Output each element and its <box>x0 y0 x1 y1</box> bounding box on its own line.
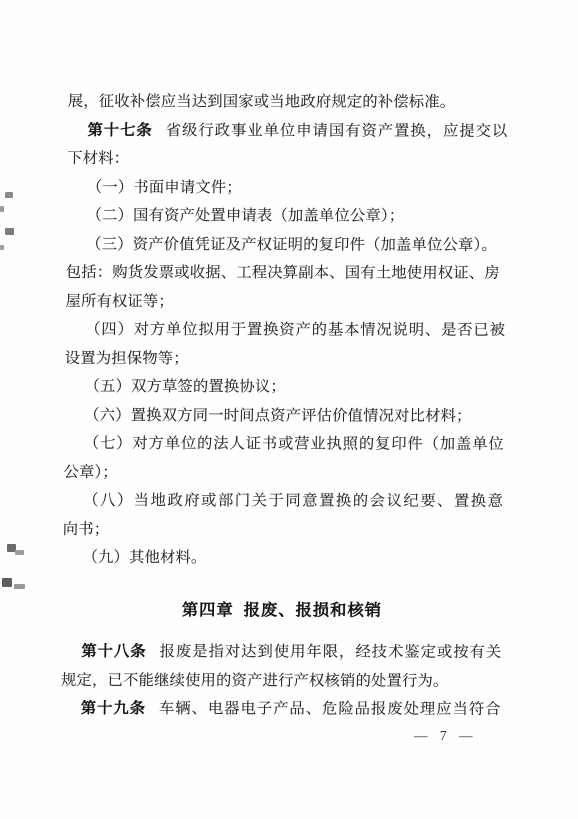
chapter-heading: 第四章报废、报损和核销 <box>62 595 502 624</box>
article-17-line: 第十七条省级行政事业单位申请国有资产置换，应提交以 <box>67 116 507 145</box>
document-text: 展，征收补偿应当达到国家或当地政府规定的补偿标准。 第十七条省级行政事业单位申请… <box>61 88 508 724</box>
scan-artifact <box>15 550 24 555</box>
body-line: 规定，已不能继续使用的资产进行产权核销的处置行为。 <box>61 666 501 695</box>
body-line: 设置为担保物等； <box>65 344 505 373</box>
article-number: 第十九条 <box>81 700 146 717</box>
scan-artifact <box>0 206 4 212</box>
body-line: 向书； <box>63 515 503 544</box>
scan-artifact <box>0 245 4 250</box>
line-text: 报废是指对达到使用年限，经技术鉴定或按有关 <box>160 643 502 661</box>
list-item-3: （三）资产价值凭证及产权证明的复印件（加盖单位公章）。 <box>66 230 506 259</box>
body-line: 下材料： <box>67 145 507 174</box>
list-item-5: （五）双方草签的置换协议； <box>64 373 504 402</box>
chapter-number: 第四章 <box>182 600 234 619</box>
list-item-1: （一）书面申请文件； <box>67 173 507 202</box>
scanned-document-page: 展，征收补偿应当达到国家或当地政府规定的补偿标准。 第十七条省级行政事业单位申请… <box>0 0 578 819</box>
list-item-4: （四）对方单位拟用于置换资产的基本情况说明、是否已被 <box>65 316 505 345</box>
body-line: 屋所有权证等； <box>65 287 505 316</box>
list-item-7: （七）对方单位的法人证书或营业执照的复印件（加盖单位 <box>64 430 504 459</box>
article-18-line: 第十八条报废是指对达到使用年限，经技术鉴定或按有关 <box>61 638 501 667</box>
list-item-2: （二）国有资产处置申请表（加盖单位公章）； <box>66 202 506 231</box>
body-line: 包括：购货发票或收据、工程决算副本、国有土地使用权证、房 <box>66 259 506 288</box>
body-line: 展，征收补偿应当达到国家或当地政府规定的补偿标准。 <box>68 88 508 117</box>
article-19-line: 第十九条车辆、电器电子产品、危险品报废处理应当符合 <box>61 695 501 724</box>
list-item-8: （八）当地政府或部门关于同意置换的会议纪要、置换意 <box>63 487 503 516</box>
line-text: 车辆、电器电子产品、危险品报废处理应当符合 <box>159 700 501 718</box>
line-text: 省级行政事业单位申请国有资产置换，应提交以 <box>166 122 508 140</box>
scan-artifact <box>14 584 25 589</box>
chapter-title: 报废、报损和核销 <box>244 600 382 619</box>
article-number: 第十七条 <box>87 122 152 139</box>
scan-artifact <box>2 578 12 587</box>
list-item-6: （六）置换双方同一时间点资产评估价值情况对比材料； <box>64 401 504 430</box>
article-number: 第十八条 <box>81 643 146 660</box>
body-line: 公章）； <box>63 458 503 487</box>
scan-artifact <box>5 192 13 198</box>
page-number: — 7 — <box>414 728 484 744</box>
list-item-9: （九）其他材料。 <box>62 544 502 573</box>
scan-artifact <box>5 228 14 235</box>
